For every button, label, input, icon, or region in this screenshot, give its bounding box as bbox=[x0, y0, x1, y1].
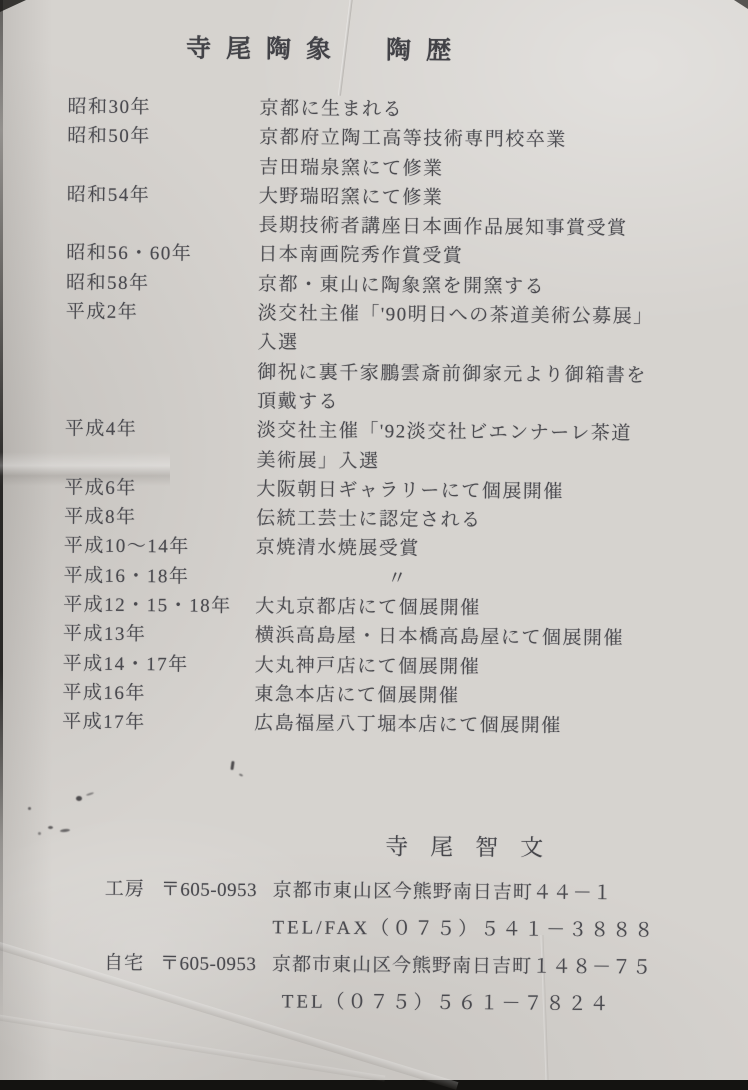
contact-section: 工房 〒605-0953 京都市東山区今熊野南日吉町４４－１ TEL/FAX（０… bbox=[104, 874, 725, 1027]
entry-year: 昭和56・60年 bbox=[66, 238, 258, 267]
entry-text: 御祝に裏千家鵬雲斎前御家元より御箱書を bbox=[257, 357, 725, 388]
entry-text: 広島福屋八丁堀本店にて個展開催 bbox=[254, 708, 722, 739]
spacer bbox=[160, 985, 272, 986]
contact-row-home-phone: TEL（０７５）５６１－７８２４ bbox=[104, 985, 724, 1027]
document-content: 寺尾陶象 陶歴 昭和30年京都に生まれる昭和50年京都府立陶工高等技術専門校卒業… bbox=[0, 0, 748, 1080]
entry-text: 美術展」入選 bbox=[256, 445, 724, 476]
postal-code: 〒605-0953 bbox=[161, 874, 273, 902]
phone-number: （０７５）５４１－３８８８ bbox=[370, 918, 656, 941]
contact-row-studio: 工房 〒605-0953 京都市東山区今熊野南日吉町４４－１ bbox=[105, 874, 725, 916]
entry-text: 横浜高島屋・日本橋高島屋にて個展開催 bbox=[255, 620, 723, 651]
contact-row-studio-phone: TEL/FAX（０７５）５４１－３８８８ bbox=[104, 911, 724, 953]
entry-year: 平成14・17年 bbox=[63, 648, 255, 677]
entry-text: 京都・東山に陶象窯を開窯する bbox=[258, 269, 726, 300]
entry-year: 平成2年 bbox=[66, 297, 258, 326]
entry-year: 平成17年 bbox=[62, 707, 254, 736]
entry-year: 昭和54年 bbox=[67, 179, 259, 208]
entry-text: 京焼清水焼展受賞 bbox=[256, 533, 724, 564]
entry-text: 淡交社主催「'92淡交社ビエンナーレ茶道 bbox=[257, 415, 725, 446]
entry-year: 平成10〜14年 bbox=[64, 531, 256, 560]
entry-year: 平成16年 bbox=[62, 677, 254, 706]
address-text: 京都市東山区今熊野南日吉町４４－１ bbox=[273, 875, 725, 906]
entry-text: 大野瑞昭窯にて修業 bbox=[259, 181, 727, 212]
phone-label: TEL bbox=[282, 991, 326, 1012]
entry-year: 平成4年 bbox=[65, 414, 257, 443]
phone-line: TEL/FAX（０７５）５４１－３８８８ bbox=[272, 912, 724, 943]
entry-text: 京都に生まれる bbox=[259, 93, 727, 124]
entry-text: 長期技術者講座日本画作品展知事賞受賞 bbox=[258, 210, 726, 241]
entry-text: 東急本店にて個展開催 bbox=[254, 679, 722, 710]
entry-text: 京都府立陶工高等技術専門校卒業 bbox=[259, 122, 727, 153]
page-title: 寺尾陶象 陶歴 bbox=[186, 28, 466, 66]
entry-year: 平成6年 bbox=[64, 472, 256, 501]
entry-text: 伝統工芸士に認定される bbox=[256, 503, 724, 534]
entry-text: 大丸神戸店にて個展開催 bbox=[255, 650, 723, 681]
entry-text: 吉田瑞泉窯にて修業 bbox=[259, 152, 727, 183]
postal-code: 〒605-0953 bbox=[160, 948, 272, 976]
scanned-page: 寺尾陶象 陶歴 昭和30年京都に生まれる昭和50年京都府立陶工高等技術専門校卒業… bbox=[0, 0, 748, 1080]
entry-text: 頂戴する bbox=[257, 386, 725, 417]
contact-row-home: 自宅 〒605-0953 京都市東山区今熊野南日吉町１４８－７５ bbox=[104, 948, 724, 990]
history-row: 平成17年広島福屋八丁堀本店にて個展開催 bbox=[62, 707, 722, 742]
entry-text: 日本南画院秀作賞受賞 bbox=[258, 240, 726, 271]
spacer bbox=[161, 911, 273, 912]
phone-line: TEL（０７５）５６１－７８２４ bbox=[272, 986, 724, 1017]
entry-ditto-mark: 〃 bbox=[255, 562, 723, 593]
contact-label: 工房 bbox=[105, 874, 161, 901]
entry-year: 昭和58年 bbox=[66, 267, 258, 296]
entry-text: 大丸京都店にて個展開催 bbox=[255, 591, 723, 622]
entry-year: 平成12・15・18年 bbox=[63, 589, 255, 618]
entry-year: 平成13年 bbox=[63, 619, 255, 648]
history-rows: 昭和30年京都に生まれる昭和50年京都府立陶工高等技術専門校卒業吉田瑞泉窯にて修… bbox=[62, 91, 728, 741]
entry-text: 大阪朝日ギャラリーにて個展開催 bbox=[256, 474, 724, 505]
author-name: 寺尾智文 bbox=[385, 828, 565, 863]
phone-number: （０７５）５６１－７８２４ bbox=[326, 992, 612, 1015]
contact-label: 自宅 bbox=[104, 948, 160, 975]
entry-year: 平成16・18年 bbox=[63, 560, 255, 589]
phone-label: TEL/FAX bbox=[272, 917, 370, 939]
entry-year: 平成8年 bbox=[64, 502, 256, 531]
address-text: 京都市東山区今熊野南日吉町１４８－７５ bbox=[272, 949, 724, 980]
entry-text: 入選 bbox=[257, 327, 725, 358]
entry-text: 淡交社主催「'90明日への茶道美術公募展」 bbox=[258, 298, 726, 329]
entry-year: 昭和50年 bbox=[67, 121, 259, 150]
entry-year: 昭和30年 bbox=[67, 91, 259, 120]
